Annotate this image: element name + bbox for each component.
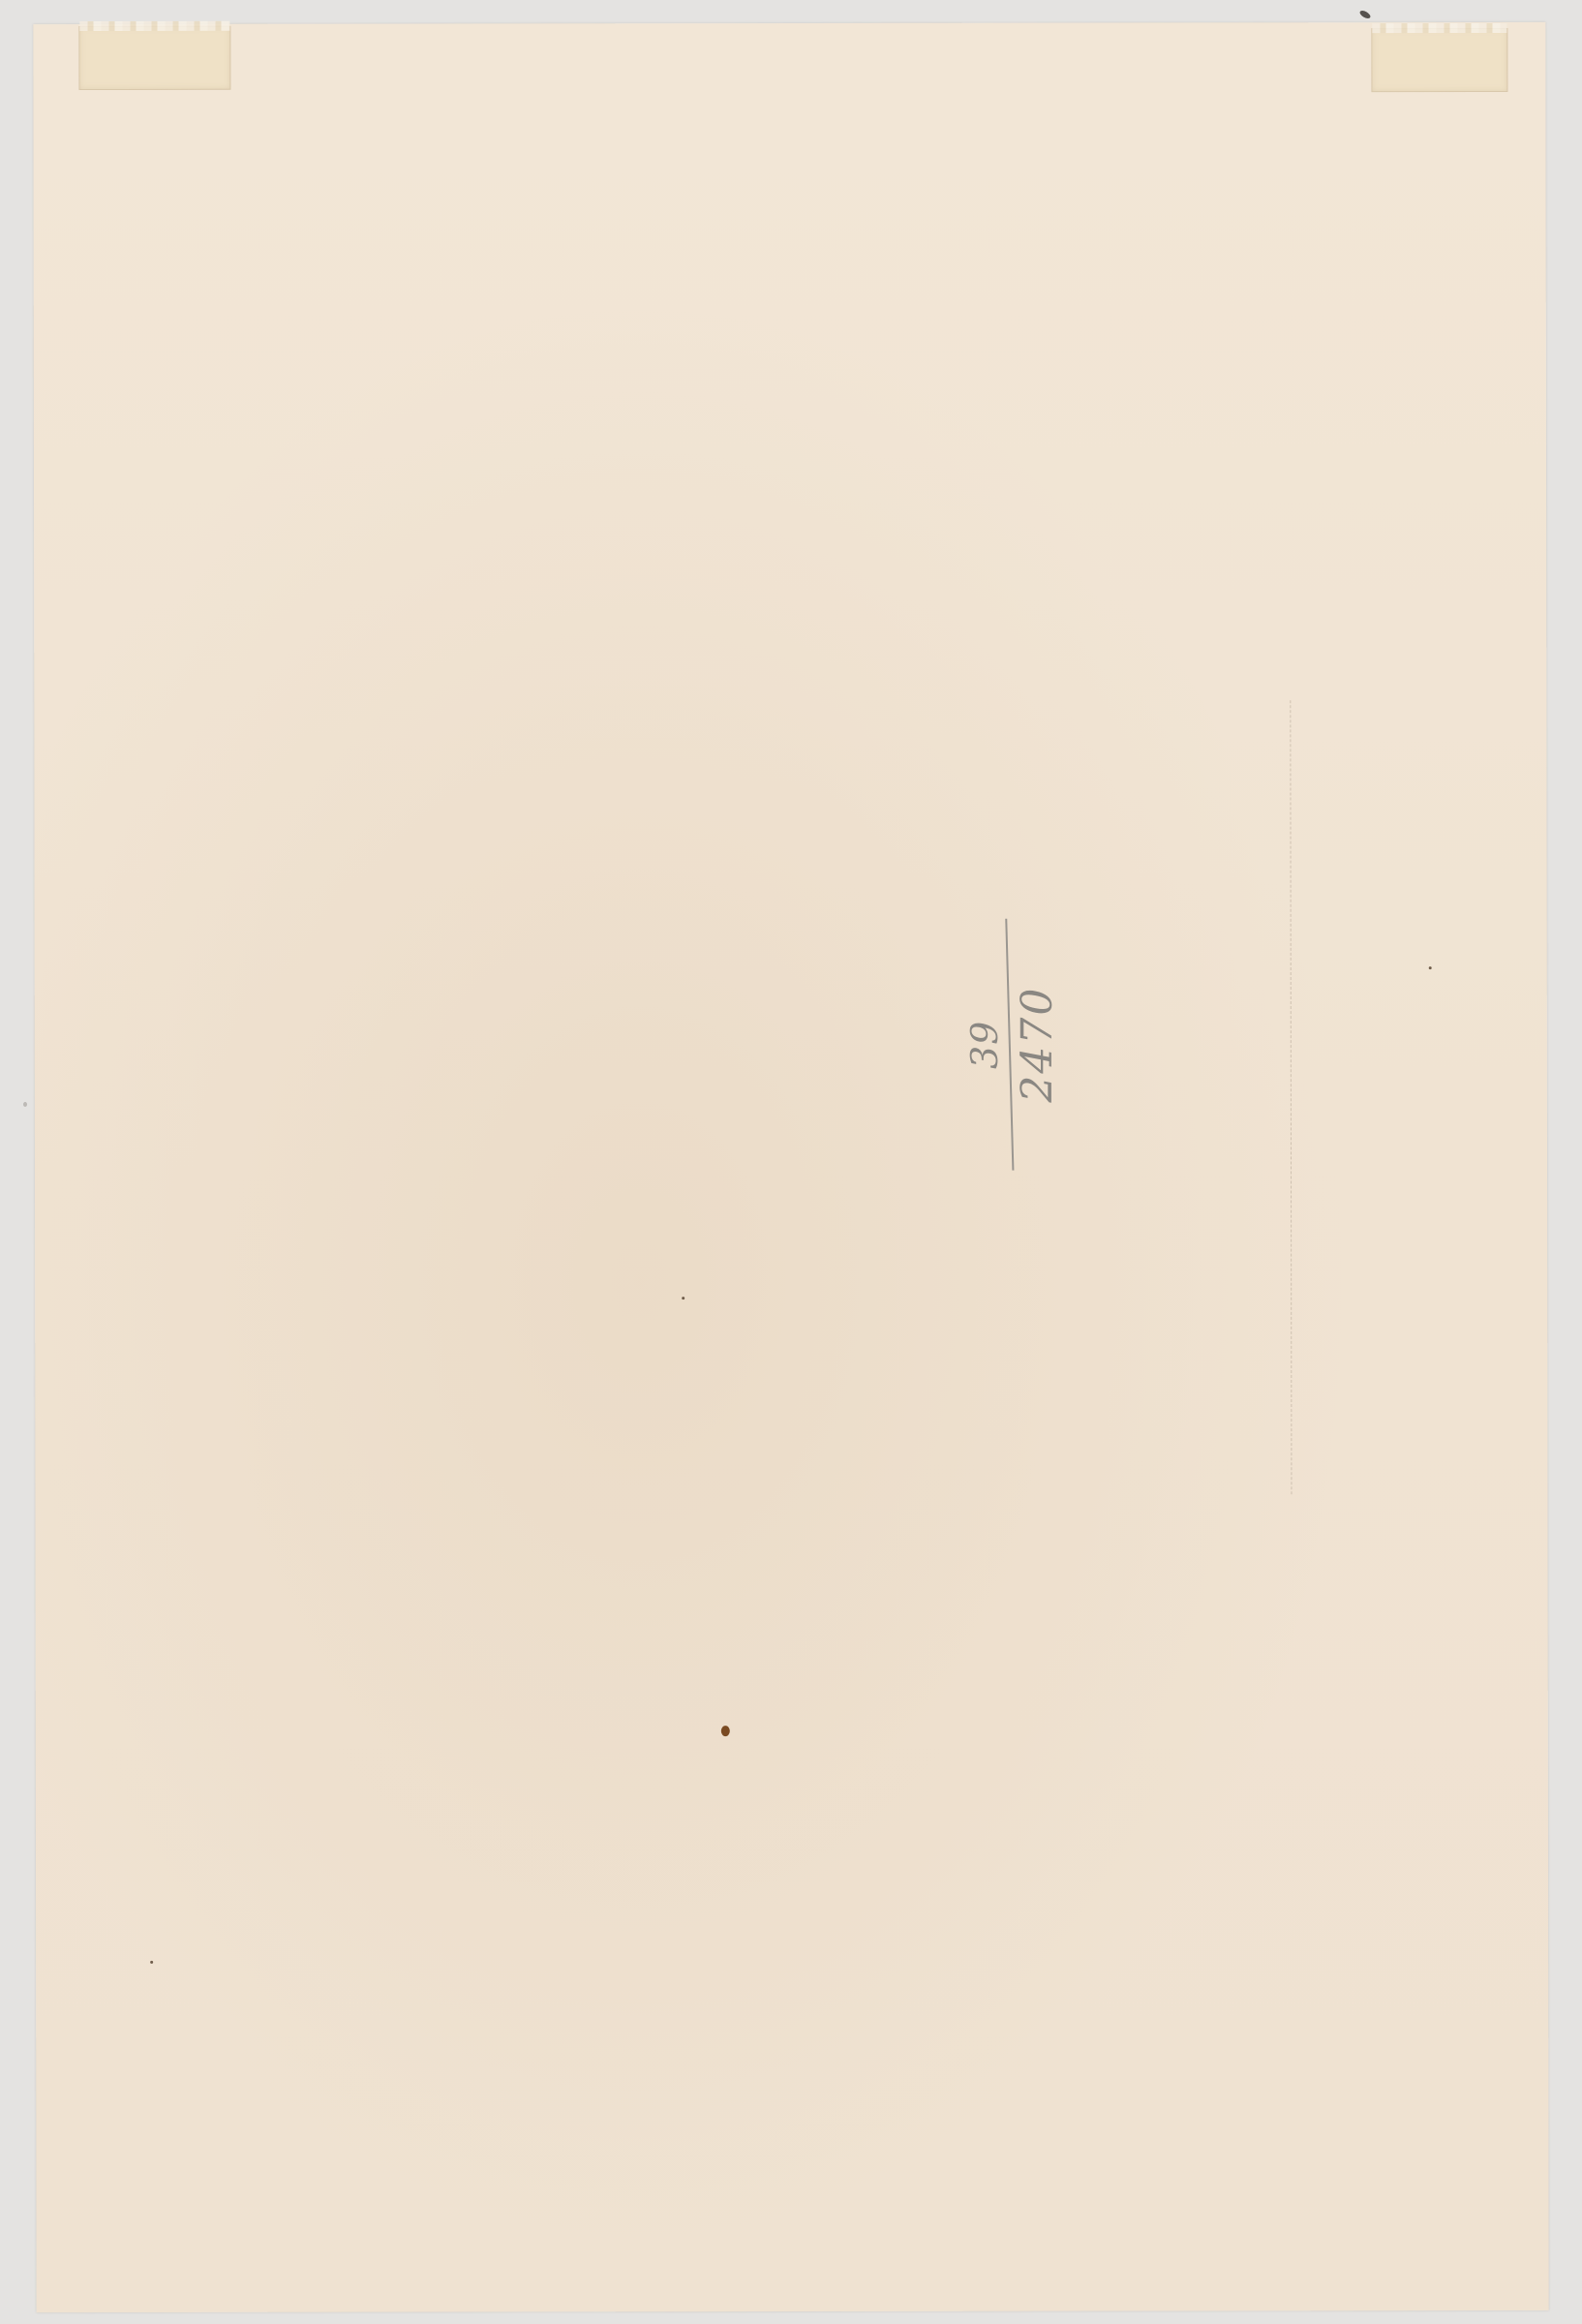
annotation-denominator: 39 bbox=[966, 1021, 1003, 1069]
speck bbox=[1429, 966, 1432, 969]
speck bbox=[682, 1297, 685, 1300]
pencil-inventory-annotation: 2470 39 bbox=[935, 914, 1090, 1176]
speck bbox=[150, 1961, 153, 1964]
annotation-rotated-group: 2470 39 bbox=[955, 914, 1071, 1176]
faint-dashed-line bbox=[1290, 700, 1292, 1494]
background-debris bbox=[1358, 9, 1371, 19]
torn-tape-edge bbox=[79, 21, 229, 31]
foxing-spot bbox=[721, 1726, 730, 1736]
paper-sheet: 2470 39 bbox=[33, 22, 1548, 2312]
tape-top-left bbox=[78, 26, 230, 90]
torn-tape-edge bbox=[1372, 23, 1506, 33]
background-speck bbox=[23, 1102, 27, 1107]
tape-top-right bbox=[1371, 28, 1507, 92]
annotation-numerator: 2470 bbox=[1017, 987, 1059, 1103]
